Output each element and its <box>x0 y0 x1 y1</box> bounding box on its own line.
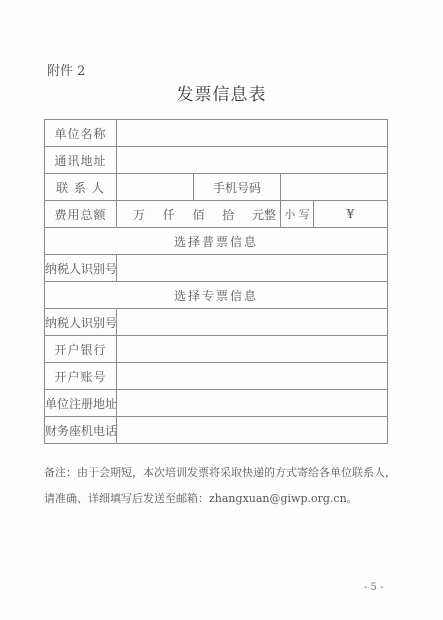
special-taxpayer-id-field[interactable] <box>117 309 388 336</box>
small-amount-field[interactable]: ¥ <box>314 201 388 228</box>
yuan-sign-icon: ¥ <box>347 207 355 221</box>
fee-amount-field[interactable]: 万 仟 佰 拾 元整 <box>117 201 281 228</box>
small-amount-label: 小 写 <box>281 201 314 228</box>
special-taxpayer-id-label: 纳税人识别号 <box>45 309 117 336</box>
fee-label: 费用总额 <box>45 201 117 228</box>
general-taxpayer-id-field[interactable] <box>117 255 388 282</box>
special-invoice-section-title: 选择专票信息 <box>45 282 388 309</box>
general-invoice-section-title: 选择普票信息 <box>45 228 388 255</box>
unit-yuan: 元整 <box>252 206 276 223</box>
unit-wan: 万 <box>133 206 145 223</box>
bank-label: 开户银行 <box>45 336 117 363</box>
row-bank: 开户银行 <box>45 336 388 363</box>
remark-line-1: 备注：由于会期短，本次培训发票将采取快递的方式寄给各单位联系人， <box>44 460 424 486</box>
row-contact: 联 系 人 手机号码 <box>45 174 388 201</box>
remark-line-2: 请准确、详细填写后发送至邮箱：zhangxuan@giwp.org.cn。 <box>44 486 424 512</box>
row-reg-address: 单位注册地址 <box>45 390 388 417</box>
bank-field[interactable] <box>117 336 388 363</box>
page-number: - 5 - <box>364 582 383 593</box>
row-address: 通讯地址 <box>45 147 388 174</box>
unit-shi: 拾 <box>222 206 234 223</box>
invoice-info-table: 单位名称 通讯地址 联 系 人 手机号码 费用总额 万 仟 佰 拾 元整 小 写… <box>44 119 388 444</box>
finance-phone-field[interactable] <box>117 417 388 444</box>
address-field[interactable] <box>117 147 388 174</box>
contact-field[interactable] <box>117 174 194 201</box>
row-unit-name: 单位名称 <box>45 120 388 147</box>
attachment-label: 附件 2 <box>47 60 85 79</box>
row-general-taxpayer: 纳税人识别号 <box>45 255 388 282</box>
row-account: 开户账号 <box>45 363 388 390</box>
reg-address-label: 单位注册地址 <box>45 390 117 417</box>
address-label: 通讯地址 <box>45 147 117 174</box>
phone-label: 手机号码 <box>194 174 281 201</box>
account-field[interactable] <box>117 363 388 390</box>
page-title: 发票信息表 <box>0 80 443 105</box>
unit-qian: 仟 <box>163 206 175 223</box>
unit-name-field[interactable] <box>117 120 388 147</box>
unit-name-label: 单位名称 <box>45 120 117 147</box>
remark-note: 备注：由于会期短，本次培训发票将采取快递的方式寄给各单位联系人， 请准确、详细填… <box>44 460 424 512</box>
account-label: 开户账号 <box>45 363 117 390</box>
row-special-taxpayer: 纳税人识别号 <box>45 309 388 336</box>
row-finance-phone: 财务座机电话 <box>45 417 388 444</box>
reg-address-field[interactable] <box>117 390 388 417</box>
general-taxpayer-id-label: 纳税人识别号 <box>45 255 117 282</box>
row-fee: 费用总额 万 仟 佰 拾 元整 小 写 ¥ <box>45 201 388 228</box>
unit-bai: 佰 <box>192 206 204 223</box>
row-general-section: 选择普票信息 <box>45 228 388 255</box>
phone-field[interactable] <box>281 174 388 201</box>
finance-phone-label: 财务座机电话 <box>45 417 117 444</box>
contact-label: 联 系 人 <box>45 174 117 201</box>
row-special-section: 选择专票信息 <box>45 282 388 309</box>
